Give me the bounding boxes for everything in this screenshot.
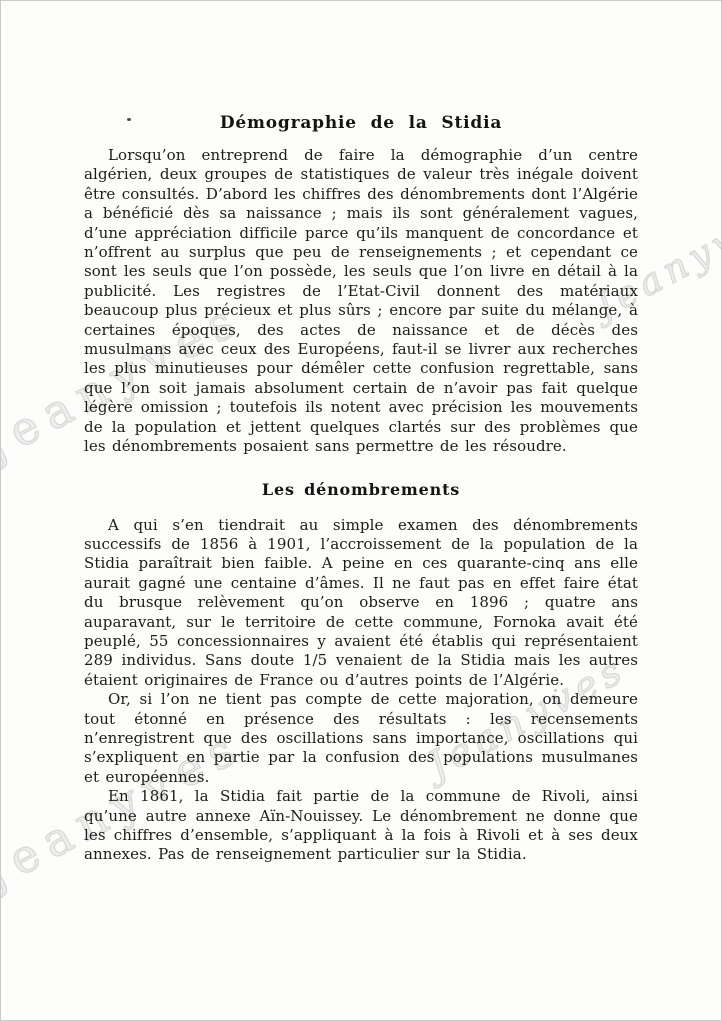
section-paragraph: A qui s’en tiendrait au simple examen de… <box>84 516 638 691</box>
scan-speck <box>127 118 131 121</box>
scanned-page: Jeanyves Jeanyves Jeanyves Jeanyves Démo… <box>0 0 722 1021</box>
section-paragraph: Or, si l’on ne tient pas compte de cette… <box>84 690 638 787</box>
section-paragraph: En 1861, la Stidia fait partie de la com… <box>84 787 638 865</box>
page-title: Démographie de la Stidia <box>1 113 721 133</box>
page-text: Démographie de la Stidia Lorsqu’on entre… <box>1 113 721 865</box>
text-column: Lorsqu’on entreprend de faire la démogra… <box>84 146 638 865</box>
section-heading: Les dénombrements <box>84 480 638 499</box>
scan-speck <box>490 543 493 546</box>
intro-paragraph: Lorsqu’on entreprend de faire la démogra… <box>84 146 638 457</box>
scan-speck <box>554 689 557 692</box>
